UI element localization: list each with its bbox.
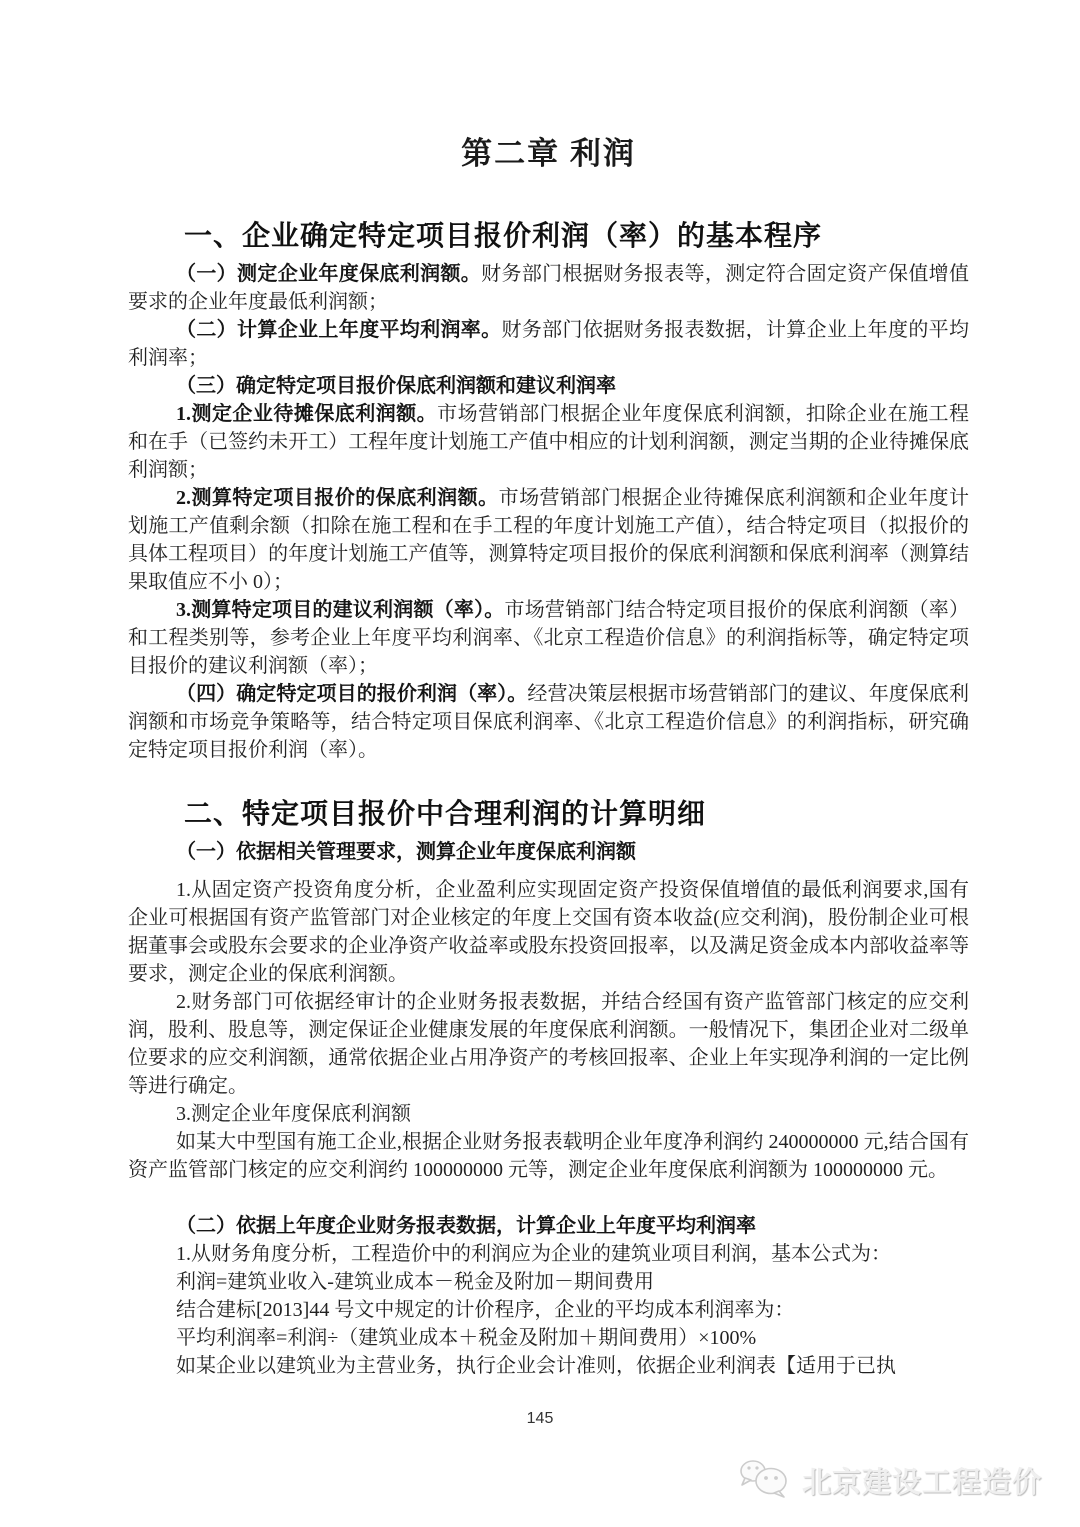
- paragraph-lead: （一）测定企业年度保底利润额。: [176, 263, 481, 285]
- paragraph: （一）测定企业年度保底利润额。财务部门根据财务报表等，测定符合固定资产保值增值要…: [128, 260, 969, 316]
- paragraph: （二）计算企业上年度平均利润率。财务部门依据财务报表数据，计算企业上年度的平均利…: [128, 316, 969, 372]
- formula-intro-line: 1.从财务角度分析，工程造价中的利润应为企业的建筑业项目利润，基本公式为：: [128, 1240, 969, 1268]
- paragraph: （三）确定特定项目报价保底利润额和建议利润率: [128, 372, 969, 400]
- page-content: 第二章 利润 一、企业确定特定项目报价利润（率）的基本程序 （一）测定企业年度保…: [128, 132, 969, 1380]
- wechat-chat-bubbles-icon: [738, 1458, 794, 1502]
- paragraph: （四）确定特定项目的报价利润（率）。经营决策层根据市场营销部门的建议、年度保底利…: [128, 680, 969, 764]
- average-profit-rate-formula-line: 平均利润率=利润÷（建筑业成本＋税金及附加＋期间费用）×100%: [128, 1324, 969, 1352]
- watermark-text: 北京建设工程造价: [802, 1460, 1042, 1501]
- reference-line: 结合建标[2013]44 号文中规定的计价程序，企业的平均成本利润率为：: [128, 1296, 969, 1324]
- section-1-heading: 一、企业确定特定项目报价利润（率）的基本程序: [184, 220, 969, 254]
- paragraph-lead: （四）确定特定项目的报价利润（率）。: [176, 683, 527, 705]
- profit-formula-line: 利润=建筑业收入-建筑业成本－税金及附加－期间费用: [128, 1268, 969, 1296]
- watermark: 北京建设工程造价: [738, 1458, 1042, 1502]
- section-2-sub-1-heading: （一）依据相关管理要求，测算企业年度保底利润额: [128, 838, 969, 866]
- page-title: 第二章 利润: [128, 132, 969, 176]
- paragraph: 1.测定企业待摊保底利润额。市场营销部门根据企业年度保底利润额，扣除企业在施工程…: [128, 400, 969, 484]
- paragraph-lead: 1.测定企业待摊保底利润额。: [176, 403, 437, 425]
- section-2-sub-2-heading: （二）依据上年度企业财务报表数据，计算企业上年度平均利润率: [128, 1212, 969, 1240]
- paragraph: 2.财务部门可依据经审计的企业财务报表数据，并结合经国有资产监管部门核定的应交利…: [128, 988, 969, 1100]
- paragraph-lead: 2.测算特定项目报价的保底利润额。: [176, 487, 499, 509]
- paragraph: 3.测定企业年度保底利润额: [128, 1100, 969, 1128]
- paragraph-lead: 3.测算特定项目的建议利润额（率）。: [176, 599, 505, 621]
- paragraph: 1.从固定资产投资角度分析，企业盈利应实现固定资产投资保值增值的最低利润要求,国…: [128, 876, 969, 988]
- paragraph-lead: （二）计算企业上年度平均利润率。: [176, 319, 501, 341]
- continuation-line: 如某企业以建筑业为主营业务，执行企业会计准则，依据企业利润表【适用于已执: [128, 1352, 969, 1380]
- paragraph: 2.测算特定项目报价的保底利润额。市场营销部门根据企业待摊保底利润额和企业年度计…: [128, 484, 969, 596]
- paragraph: 3.测算特定项目的建议利润额（率）。市场营销部门结合特定项目报价的保底利润额（率…: [128, 596, 969, 680]
- section-2-heading: 二、特定项目报价中合理利润的计算明细: [184, 798, 969, 832]
- page-number: 145: [0, 1410, 1080, 1428]
- paragraph-lead: （三）确定特定项目报价保底利润额和建议利润率: [176, 375, 616, 397]
- document-page: 第二章 利润 一、企业确定特定项目报价利润（率）的基本程序 （一）测定企业年度保…: [0, 0, 1080, 1527]
- paragraph: 如某大中型国有施工企业,根据企业财务报表载明企业年度净利润约 240000000…: [128, 1128, 969, 1184]
